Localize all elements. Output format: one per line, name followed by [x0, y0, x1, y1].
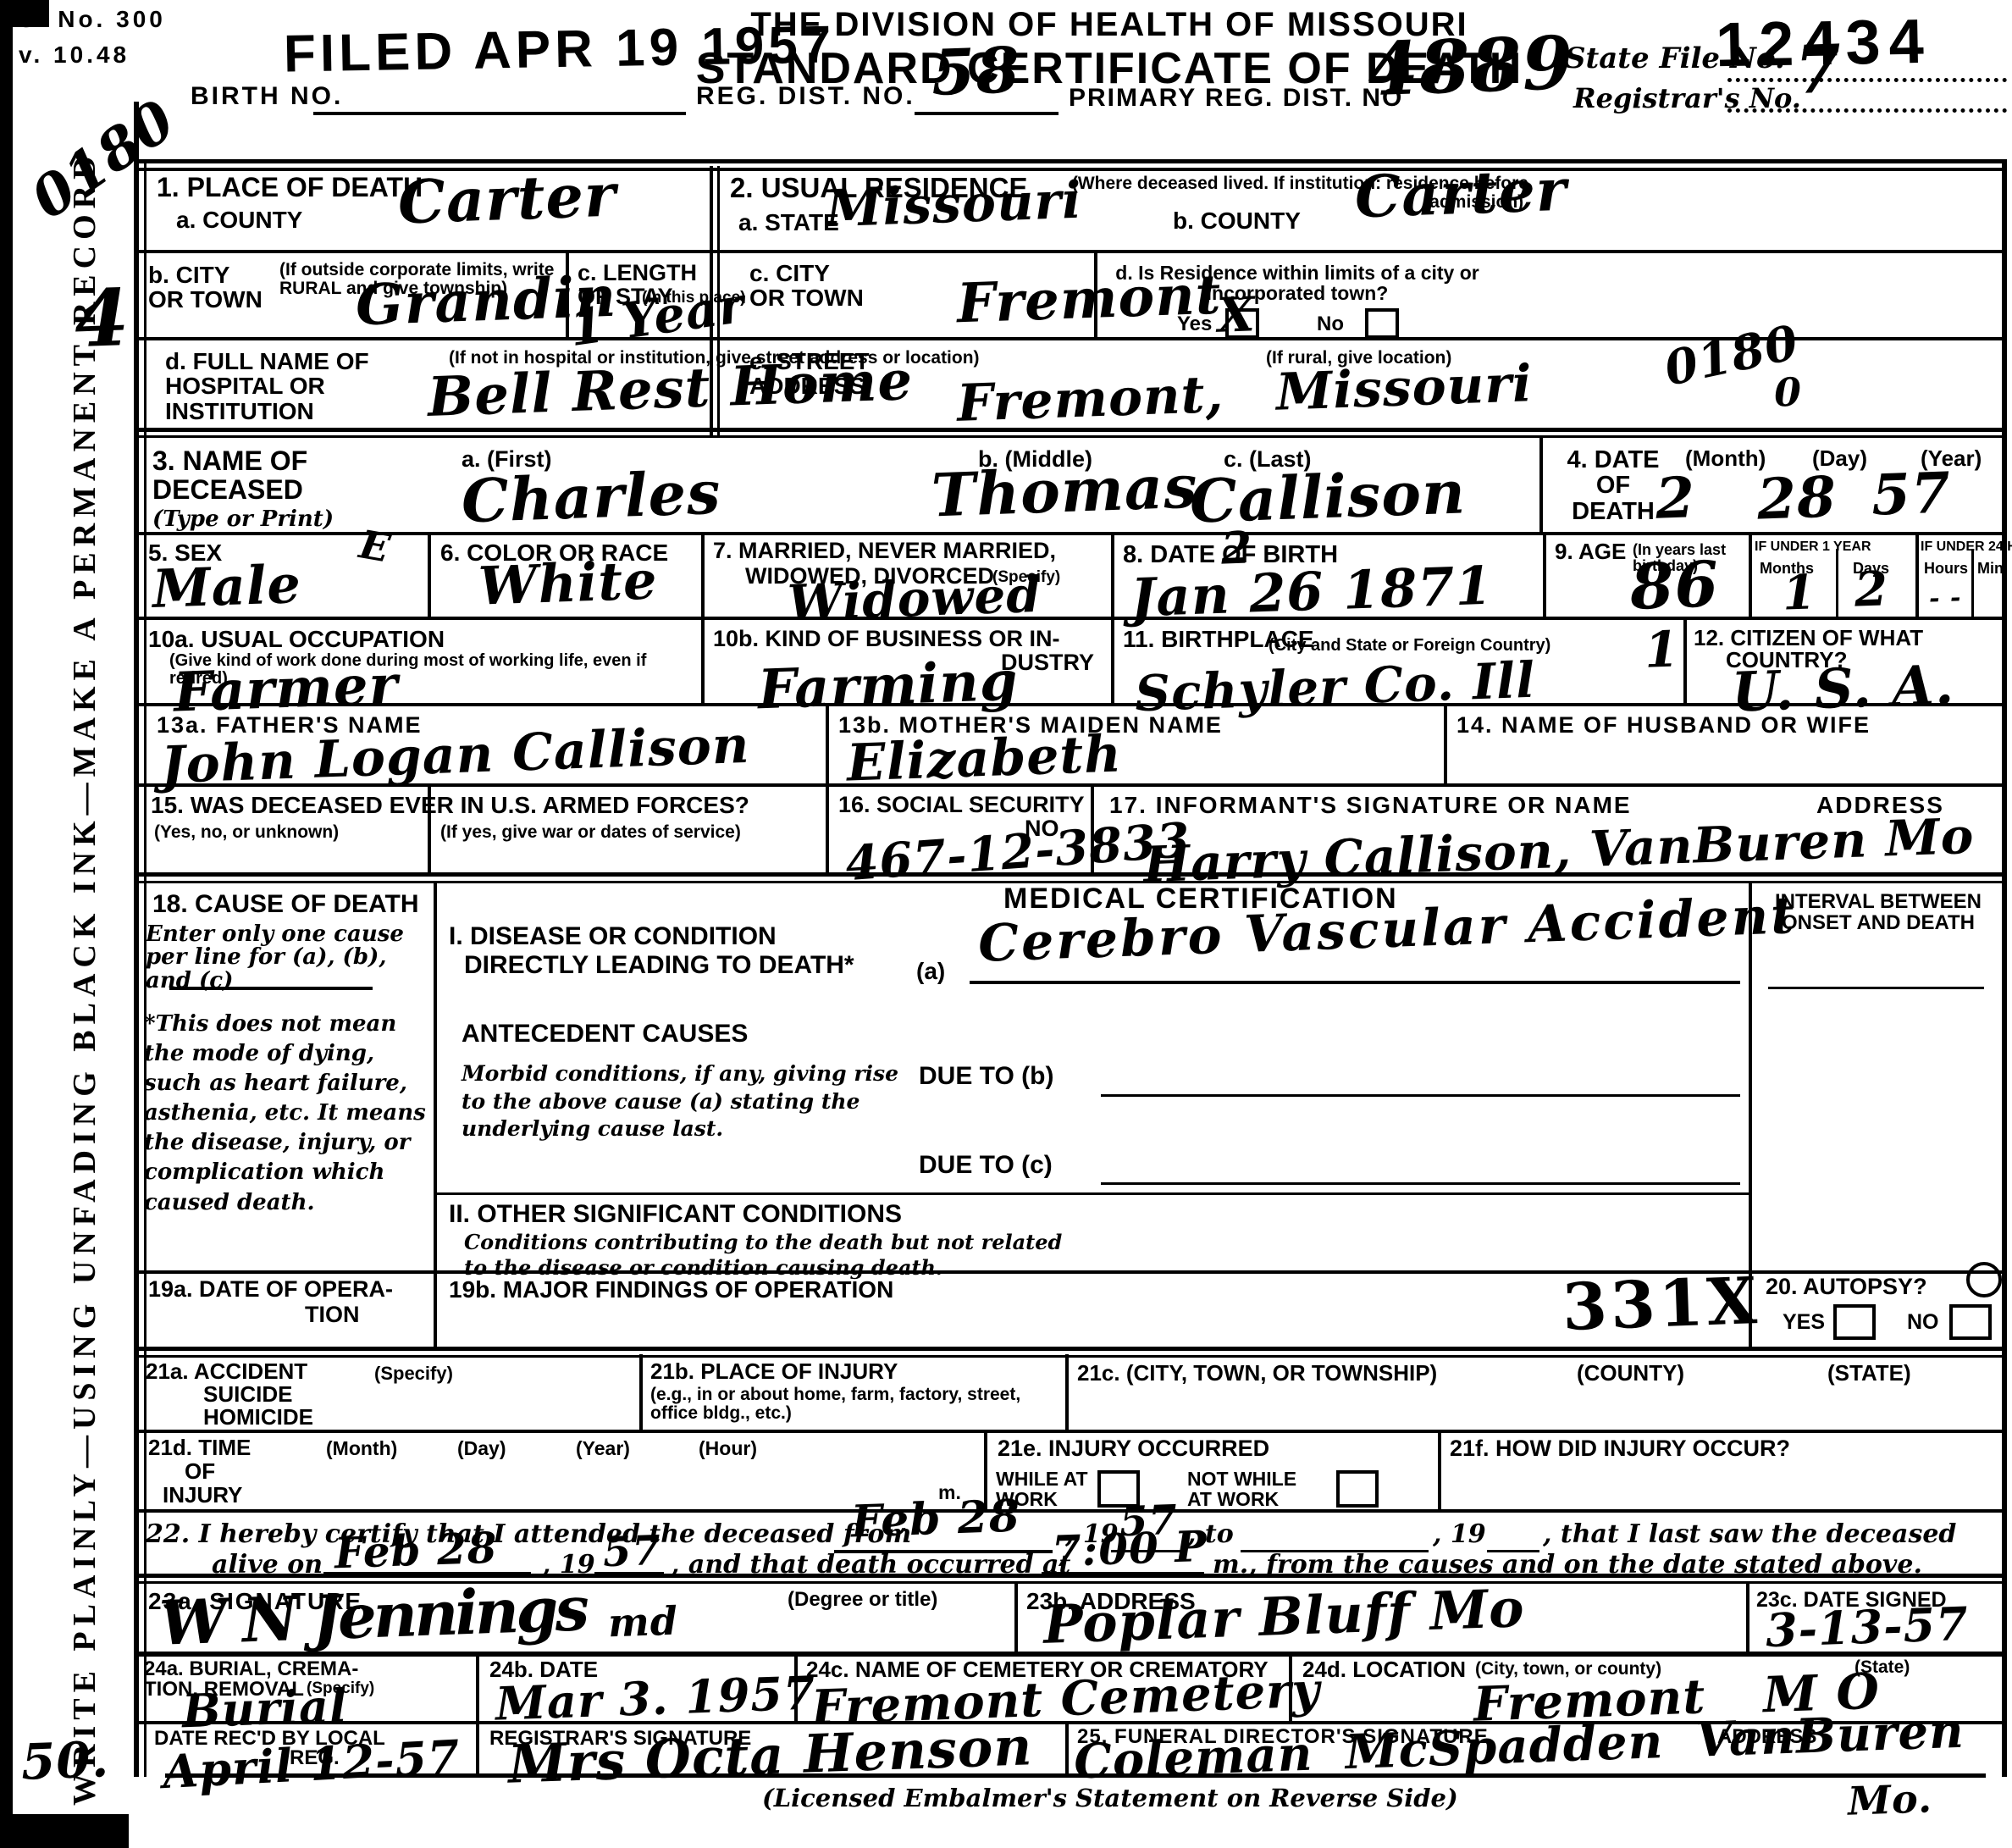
burial-label-line1: 24a. BURIAL, CREMA-: [144, 1658, 358, 1679]
margin-instruction: WRITE PLAINLY—USING UNFADING BLACK INK—M…: [66, 205, 103, 1806]
certify-from-value: Feb 28: [850, 1495, 1021, 1545]
min-label: Min.: [1977, 561, 2008, 577]
interval-label: INTERVAL BETWEEN ONSET AND DEATH: [1763, 891, 1993, 933]
other-conditions-note: Conditions contributing to the death but…: [464, 1230, 1074, 1281]
not-while-at-work-label: NOT WHILE AT WORK: [1187, 1469, 1297, 1509]
certify-text-3: alive on: [212, 1552, 323, 1579]
vline-7-8: [1111, 532, 1114, 617]
vline-days-hours: [1915, 532, 1919, 617]
cause-a-underline: [970, 981, 1740, 984]
accident-label2: SUICIDE: [203, 1383, 292, 1406]
birthplace-value: Schyler Co. Ill: [1134, 656, 1536, 718]
reg-dist-label: REG. DIST. NO.: [696, 83, 915, 110]
if-under-24-hrs-label: IF UNDER 24 HRS.: [1921, 540, 2012, 555]
vline-5-6: [428, 532, 431, 617]
physician-address-value: Poplar Bluff Mo: [1042, 1582, 1525, 1652]
autopsy-scribble-circle: [1966, 1262, 2002, 1297]
scan-blot-bottom: [0, 1814, 129, 1848]
death-year-value: 57: [1871, 464, 1952, 523]
frame-top-line-1: [135, 159, 2005, 163]
hospital-label: d. FULL NAME OF HOSPITAL OR INSTITUTION: [165, 349, 436, 423]
type-or-print-note: (Type or Print): [152, 508, 334, 531]
injury-occurred-label: 21e. INJURY OCCURRED: [998, 1436, 1269, 1460]
age-label: 9. AGE: [1555, 540, 1626, 563]
hline-1: [135, 250, 2005, 253]
city-town-label: b. CITY OR TOWN: [148, 263, 263, 313]
time-of-injury-label1: 21d. TIME: [148, 1436, 251, 1459]
hline-3b: [135, 435, 2005, 438]
county-value: Carter: [397, 166, 617, 233]
scan-edge-left: [0, 0, 13, 1848]
vline-23bc: [1746, 1581, 1749, 1652]
informant-label: 17. INFORMANT'S SIGNATURE OR NAME: [1109, 793, 1632, 817]
days-value: 2: [1854, 565, 1889, 613]
vline-6-7: [701, 532, 705, 617]
vline-3-4: [1539, 438, 1543, 532]
injury-county-label: (COUNTY): [1577, 1362, 1684, 1385]
street-address-label: e. STREET ADDRESS: [749, 349, 889, 399]
vline-21ef: [1438, 1430, 1441, 1509]
certify-text-5: m., from the causes and on the date stat…: [1213, 1552, 1922, 1579]
citizen-value: U. S. A.: [1731, 658, 1955, 720]
sex-scribble-mark: E: [357, 524, 394, 568]
vline-15-16: [826, 783, 829, 872]
vline-months-days: [1836, 549, 1838, 617]
how-injury-occurred-label: 21f. HOW DID INJURY OCCUR?: [1450, 1436, 1790, 1460]
autopsy-no-label: NO: [1907, 1311, 1939, 1333]
frame-right-line: [2002, 159, 2007, 1777]
death-day-value: 28: [1756, 468, 1838, 527]
pencil-mark-0-right: 0: [1773, 372, 1803, 412]
residence-state-label: a. STATE: [738, 210, 839, 235]
time-of-injury-label2: OF: [185, 1460, 215, 1483]
residence-county-value: Carter: [1354, 162, 1568, 227]
death-month-value: 2: [1655, 469, 1696, 527]
vline-9-months: [1749, 532, 1752, 617]
due-to-b-line: [1101, 1094, 1740, 1097]
part-i-ii-divider: [434, 1192, 1752, 1195]
place-of-injury-note: (e.g., in or about home, farm, factory, …: [650, 1386, 1053, 1423]
major-findings-value: 331X: [1562, 1269, 1761, 1340]
registrar-dotted-line: [1727, 108, 2007, 113]
death-month-label: (Month): [1685, 447, 1766, 470]
burial-date-value: Mar 3. 1957: [495, 1669, 816, 1726]
vline-21ab: [639, 1354, 643, 1430]
accident-label3: HOMICIDE: [203, 1406, 313, 1429]
marital-value: Widowed: [787, 570, 1042, 628]
injury-month-label: (Month): [326, 1438, 397, 1458]
certify-text-2: , that I last saw the deceased: [1543, 1521, 1956, 1548]
business-value: Farming: [757, 655, 1019, 718]
place-of-injury-label: 21b. PLACE OF INJURY: [650, 1360, 898, 1383]
interval-line: [1768, 987, 1984, 989]
ssn-label-line1: 16. SOCIAL SECURITY: [838, 793, 1085, 816]
street-address-value: Fremont, Missouri: [956, 358, 1533, 429]
form-code-line1: S. No. 300: [19, 7, 166, 31]
autopsy-label: 20. AUTOPSY?: [1766, 1275, 1927, 1298]
birth-no-line: [313, 112, 686, 115]
county-label: a. COUNTY: [176, 207, 302, 232]
hline-5: [135, 617, 2005, 620]
vline-21bc: [1065, 1354, 1069, 1430]
death-certificate-scan: { "scan": { "corner1": "S. No. 300", "co…: [0, 0, 2012, 1848]
last-name-value: Callison: [1189, 462, 1467, 531]
reg-dist-value: 58: [931, 39, 1022, 105]
occupation-label: 10a. USUAL OCCUPATION: [148, 627, 445, 651]
certify-alive-value: Feb 28: [334, 1527, 498, 1575]
color-race-value: White: [478, 554, 658, 612]
certify-time-line: [1042, 1572, 1204, 1574]
residence-limits-no-label: No: [1317, 313, 1344, 335]
hline-4: [135, 532, 2005, 535]
date-of-operation-label2: TION: [305, 1303, 360, 1326]
if-under-1-year-label: IF UNDER 1 YEAR: [1755, 540, 1871, 555]
registrar-no-value: 7: [1794, 36, 1843, 104]
vline-19ab: [434, 1270, 437, 1347]
residence-limits-no-checkbox: [1365, 308, 1399, 339]
autopsy-no-checkbox: [1949, 1304, 1992, 1340]
certify-year2-line: [594, 1572, 664, 1574]
injury-hour-label: (Hour): [699, 1438, 757, 1458]
injury-city-label: 21c. (CITY, TOWN, OR TOWNSHIP): [1077, 1362, 1437, 1385]
months-value: 1: [1782, 568, 1817, 617]
vline-10b-11: [1111, 617, 1114, 703]
residence-limits-x-mark: X: [1217, 290, 1256, 340]
embalmer-footer-note: (Licensed Embalmer's Statement on Revers…: [762, 1785, 1423, 1811]
vline-24ab: [476, 1652, 479, 1721]
degree-title-note: (Degree or title): [788, 1589, 937, 1610]
husband-wife-label: 14. NAME OF HUSBAND OR WIFE: [1456, 713, 1871, 737]
certify-alive-line: [323, 1572, 531, 1574]
physician-signature-value: W N Jennings: [158, 1578, 587, 1654]
residence-limits-label: d. Is Residence within limits of a city …: [1111, 263, 1484, 303]
cause-of-death-title: 18. CAUSE OF DEATH: [152, 891, 419, 918]
residence-county-label: b. COUNTY: [1173, 208, 1301, 233]
frame-left-line-1: [134, 102, 139, 1777]
date-of-operation-label1: 19a. DATE OF OPERA-: [148, 1277, 393, 1301]
informant-value: Harry Callison, VanBuren Mo: [1142, 811, 1975, 889]
residence-state-value: Missouri: [825, 175, 1083, 235]
certify-text-1: 22. I hereby certify that I attended the…: [146, 1521, 911, 1548]
date-recd-value: April 12-57: [162, 1734, 462, 1795]
funeral-director-state-value: Mo.: [1847, 1779, 1932, 1820]
armed-forces-note1: (Yes, no, or unknown): [154, 823, 339, 842]
certify-19b: , 19: [1433, 1521, 1486, 1548]
morbid-note: Morbid conditions, if any, giving rise t…: [462, 1060, 923, 1143]
vline-8-9: [1543, 532, 1546, 617]
hline-11: [135, 1430, 2005, 1433]
due-to-c-line: [1101, 1182, 1740, 1185]
not-while-at-work-checkbox: [1336, 1470, 1379, 1508]
physician-degree-value: md: [607, 1602, 678, 1643]
autopsy-yes-label: YES: [1783, 1311, 1825, 1333]
certify-time-value: 7:00 P: [1051, 1525, 1208, 1573]
hline-12: [135, 1509, 2005, 1513]
birthplace-scribble-mark: 1: [1644, 624, 1680, 674]
cemetery-location-label: 24d. LOCATION: [1302, 1658, 1466, 1681]
occupation-value: Farmer: [173, 658, 399, 720]
disease-label-line2: DIRECTLY LEADING TO DEATH*: [464, 952, 854, 979]
vline-25a: [476, 1721, 479, 1775]
hours-value: - -: [1928, 585, 1961, 611]
due-to-c-label: DUE TO (c): [919, 1152, 1053, 1179]
ssn-value: 467-12-3833: [844, 816, 1192, 888]
place-of-death-title: 1. PLACE OF DEATH: [157, 174, 423, 202]
injury-year-label: (Year): [576, 1438, 630, 1458]
hline-6: [135, 703, 2005, 706]
certify-text-4: , and that death occurred at: [671, 1552, 1070, 1579]
autopsy-yes-checkbox: [1833, 1304, 1876, 1340]
age-value: 86: [1629, 553, 1721, 619]
primary-reg-value: 4889: [1367, 27, 1575, 107]
form-code-line2: v. 10.48: [19, 42, 130, 67]
cause-note2: *This does not mean the mode of dying, s…: [144, 1010, 430, 1218]
other-conditions-label: II. OTHER SIGNIFICANT CONDITIONS: [449, 1201, 902, 1228]
armed-forces-note2: (If yes, give war or dates of service): [440, 823, 741, 842]
pencil-mark-4: 4: [73, 279, 130, 358]
mothers-name-value: Elizabeth: [846, 728, 1123, 788]
date-signed-value: 3-13-57: [1765, 1601, 1969, 1653]
vline-11-12: [1683, 617, 1687, 703]
first-name-value: Charles: [461, 463, 722, 532]
reg-dist-line: [915, 112, 1059, 115]
marital-label-line1: 7. MARRIED, NEVER MARRIED,: [713, 539, 1056, 562]
residence-city-label: c. CITY OR TOWN: [749, 261, 864, 311]
major-findings-label: 19b. MAJOR FINDINGS OF OPERATION: [449, 1277, 893, 1302]
pencil-mark-50: 50.: [20, 1735, 110, 1787]
injury-day-label: (Day): [457, 1438, 506, 1458]
accident-label1: 21a. ACCIDENT: [146, 1360, 307, 1383]
cause-note-divider: [169, 987, 373, 990]
vline-25b: [1065, 1721, 1069, 1775]
due-to-b-label: DUE TO (b): [919, 1063, 1053, 1090]
cause-note1: Enter only one cause per line for (a), (…: [146, 923, 425, 993]
vline-hours-min: [1971, 549, 1974, 617]
injury-state-label: (STATE): [1827, 1362, 1911, 1385]
business-label-line1: 10b. KIND OF BUSINESS OR IN-: [713, 627, 1060, 650]
vline-13-14: [1444, 703, 1447, 783]
time-of-injury-label3: INJURY: [163, 1484, 242, 1507]
vline-23ab: [1014, 1581, 1018, 1652]
hline-10a: [135, 1347, 2005, 1351]
name-of-deceased-title: 3. NAME OF DECEASED: [152, 447, 364, 504]
vline-18-left: [434, 881, 437, 1270]
disease-label-line1: I. DISEASE OR CONDITION: [449, 923, 777, 950]
hline-10b: [135, 1355, 2005, 1358]
armed-forces-label: 15. WAS DECEASED EVER IN U.S. ARMED FORC…: [151, 793, 749, 817]
birth-no-label: BIRTH NO.: [191, 83, 343, 110]
residence-limits-yes-label: Yes: [1177, 313, 1212, 335]
hours-label: Hours: [1924, 561, 1968, 577]
registrar-signature-value: Mrs Octa Henson: [507, 1720, 1033, 1791]
accident-specify-note: (Specify): [374, 1364, 453, 1383]
certify-year2-value: 57: [602, 1530, 661, 1573]
sex-value: Male: [152, 558, 302, 616]
disease-a-label: (a): [916, 959, 945, 983]
primary-reg-label: PRIMARY REG. DIST. NO: [1069, 85, 1403, 112]
date-of-birth-value: Jan 26 1871: [1130, 560, 1493, 625]
antecedent-causes-label: ANTECEDENT CAUSES: [462, 1021, 748, 1048]
middle-name-value: Thomas: [931, 457, 1199, 526]
vline-10ab: [701, 617, 705, 703]
